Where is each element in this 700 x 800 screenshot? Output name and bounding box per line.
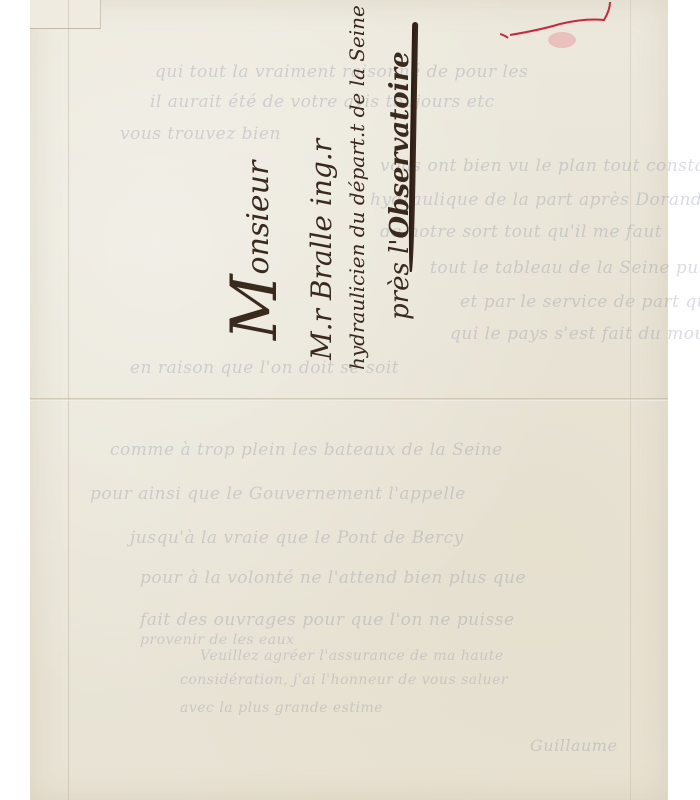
wax-seal-remnant-icon xyxy=(500,0,620,50)
bleed-line: avec la plus grande estime xyxy=(180,700,383,716)
bleed-signature: Guillaume xyxy=(530,736,617,755)
salutation: Monsieur xyxy=(223,161,287,340)
recipient-name: M.r Bralle ing.r xyxy=(305,139,338,360)
bleed-line: comme à trop plein les bateaux de la Sei… xyxy=(110,440,503,460)
horizontal-fold xyxy=(30,398,668,401)
bleed-line: tout le tableau de la Seine publique xyxy=(430,258,700,278)
bleed-line: jusqu'à la vraie que le Pont de Bercy xyxy=(130,528,464,548)
bleed-line: considération, j'ai l'honneur de vous sa… xyxy=(180,672,508,688)
recipient-title: hydraulicien du départ.t de la Seine xyxy=(345,5,369,370)
bleed-line: qui le pays s'est fait du mouvement xyxy=(450,324,700,344)
torn-corner xyxy=(30,0,101,29)
bleed-line: pour ainsi que le Gouvernement l'appelle xyxy=(90,484,466,504)
bleed-line: Veuillez agréer l'assurance de ma haute xyxy=(200,648,504,664)
bleed-line: pour à la volonté ne l'attend bien plus … xyxy=(140,568,526,588)
salutation-initial: M xyxy=(218,274,292,340)
bleed-line: provenir de les eaux xyxy=(140,632,295,648)
bleed-line: fait des ouvrages pour que l'on ne puiss… xyxy=(140,610,515,630)
bleed-line: et par le service de part que xyxy=(460,292,700,312)
salutation-rest: onsieur xyxy=(241,161,276,275)
